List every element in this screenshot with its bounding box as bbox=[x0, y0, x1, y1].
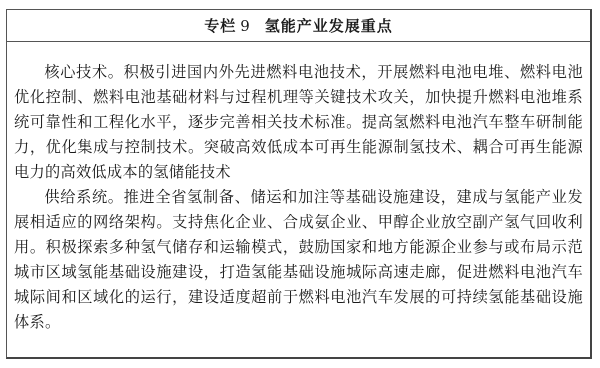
column-number: 9 bbox=[240, 17, 251, 35]
special-column-box: 专栏 9 氢能产业发展重点 核心技术。积极引进国内外先进燃料电池技术，开展燃料电… bbox=[6, 9, 592, 359]
paragraph-supply-system: 供给系统。推进全省氢制备、储运和加注等基础设施建设，建成与氢能产业发展相适应的网… bbox=[14, 185, 583, 335]
column-header: 专栏 9 氢能产业发展重点 bbox=[7, 10, 590, 42]
column-title: 氢能产业发展重点 bbox=[265, 15, 393, 36]
paragraph-core-technology: 核心技术。积极引进国内外先进燃料电池技术，开展燃料电池电堆、燃料电池优化控制、燃… bbox=[14, 60, 583, 185]
column-body: 核心技术。积极引进国内外先进燃料电池技术，开展燃料电池电堆、燃料电池优化控制、燃… bbox=[7, 42, 590, 335]
column-label: 专栏 bbox=[204, 15, 236, 36]
